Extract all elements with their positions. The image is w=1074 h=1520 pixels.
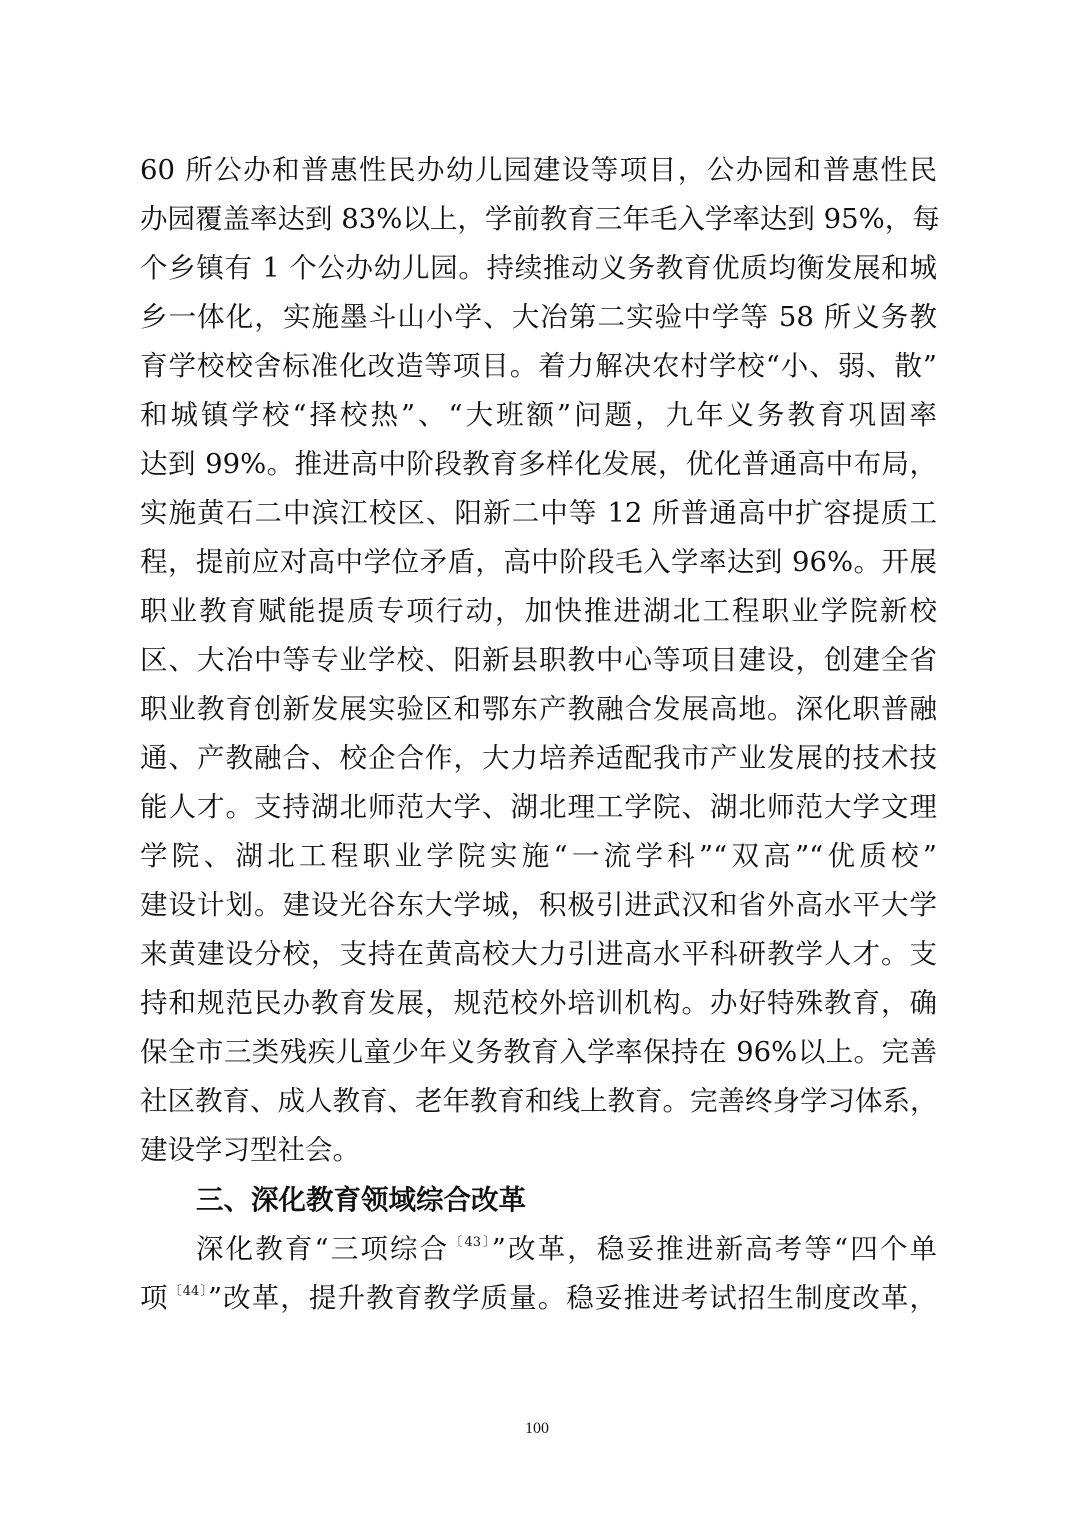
body-text-line: 来黄建设分校，支持在黄高校大力引进高水平科研教学人才。支 bbox=[140, 934, 937, 974]
body-text-line: 持和规范民办教育发展，规范校外培训机构。办好特殊教育，确 bbox=[140, 983, 937, 1023]
body-text-line: 建设学习型社会。 bbox=[140, 1130, 937, 1170]
body-text-line: 职业教育赋能提质专项行动，加快推进湖北工程职业学院新校 bbox=[140, 591, 937, 631]
body-text-line: 程，提前应对高中学位矛盾，高中阶段毛入学率达到 96%。开展 bbox=[140, 542, 937, 582]
body-text-line: 育学校校舍标准化改造等项目。着力解决农村学校“小、弱、散” bbox=[140, 346, 937, 386]
body-text-line: 学院、湖北工程职业学院实施“一流学科”“双高”“优质校” bbox=[140, 836, 937, 876]
body-text-line: 保全市三类残疾儿童少年义务教育入学率保持在 96%以上。完善 bbox=[140, 1032, 937, 1072]
body-text-line: 建设计划。建设光谷东大学城，积极引进武汉和省外高水平大学 bbox=[140, 885, 937, 925]
body-text-line: 项〔44〕”改革，提升教育教学质量。稳妥推进考试招生制度改革， bbox=[140, 1278, 937, 1318]
body-text-line: 深化教育“三项综合〔43〕”改革，稳妥推进新高考等“四个单 bbox=[196, 1229, 937, 1269]
body-text-line: 实施黄石二中滨江校区、阳新二中等 12 所普通高中扩容提质工 bbox=[140, 493, 937, 533]
body-text-line: 60 所公办和普惠性民办幼儿园建设等项目，公办园和普惠性民 bbox=[140, 150, 937, 190]
body-text-line: 区、大冶中等专业学校、阳新县职教中心等项目建设，创建全省 bbox=[140, 640, 937, 680]
body-text-line: 个乡镇有 1 个公办幼儿园。持续推动义务教育优质均衡发展和城 bbox=[140, 248, 937, 288]
footnote-reference: 〔44〕 bbox=[169, 1284, 208, 1299]
text-segment: 深化教育“三项综合 bbox=[196, 1233, 449, 1265]
page-number: 100 bbox=[0, 1420, 1074, 1438]
body-text-line: 能人才。支持湖北师范大学、湖北理工学院、湖北师范大学文理 bbox=[140, 787, 937, 827]
text-segment: 项 bbox=[140, 1282, 169, 1314]
body-text-line: 达到 99%。推进高中阶段教育多样化发展，优化普通高中布局， bbox=[140, 444, 937, 484]
body-text-line: 办园覆盖率达到 83%以上，学前教育三年毛入学率达到 95%，每 bbox=[140, 199, 937, 239]
body-text-line: 职业教育创新发展实验区和鄂东产教融合发展高地。深化职普融 bbox=[140, 689, 937, 729]
body-text-line: 和城镇学校“择校热”、“大班额”问题，九年义务教育巩固率 bbox=[140, 395, 937, 435]
text-segment: ”改革，提升教育教学质量。稳妥推进考试招生制度改革， bbox=[208, 1282, 937, 1314]
text-segment: ”改革，稳妥推进新高考等“四个单 bbox=[492, 1233, 937, 1265]
section-heading: 三、深化教育领域综合改革 bbox=[196, 1180, 526, 1220]
body-text-line: 乡一体化，实施墨斗山小学、大冶第二实验中学等 58 所义务教 bbox=[140, 297, 937, 337]
footnote-reference: 〔43〕 bbox=[449, 1235, 491, 1250]
body-text-line: 通、产教融合、校企合作，大力培养适配我市产业发展的技术技 bbox=[140, 738, 937, 778]
body-text-line: 社区教育、成人教育、老年教育和线上教育。完善终身学习体系， bbox=[140, 1081, 937, 1121]
document-page: 60 所公办和普惠性民办幼儿园建设等项目，公办园和普惠性民 办园覆盖率达到 83… bbox=[0, 0, 1074, 1520]
